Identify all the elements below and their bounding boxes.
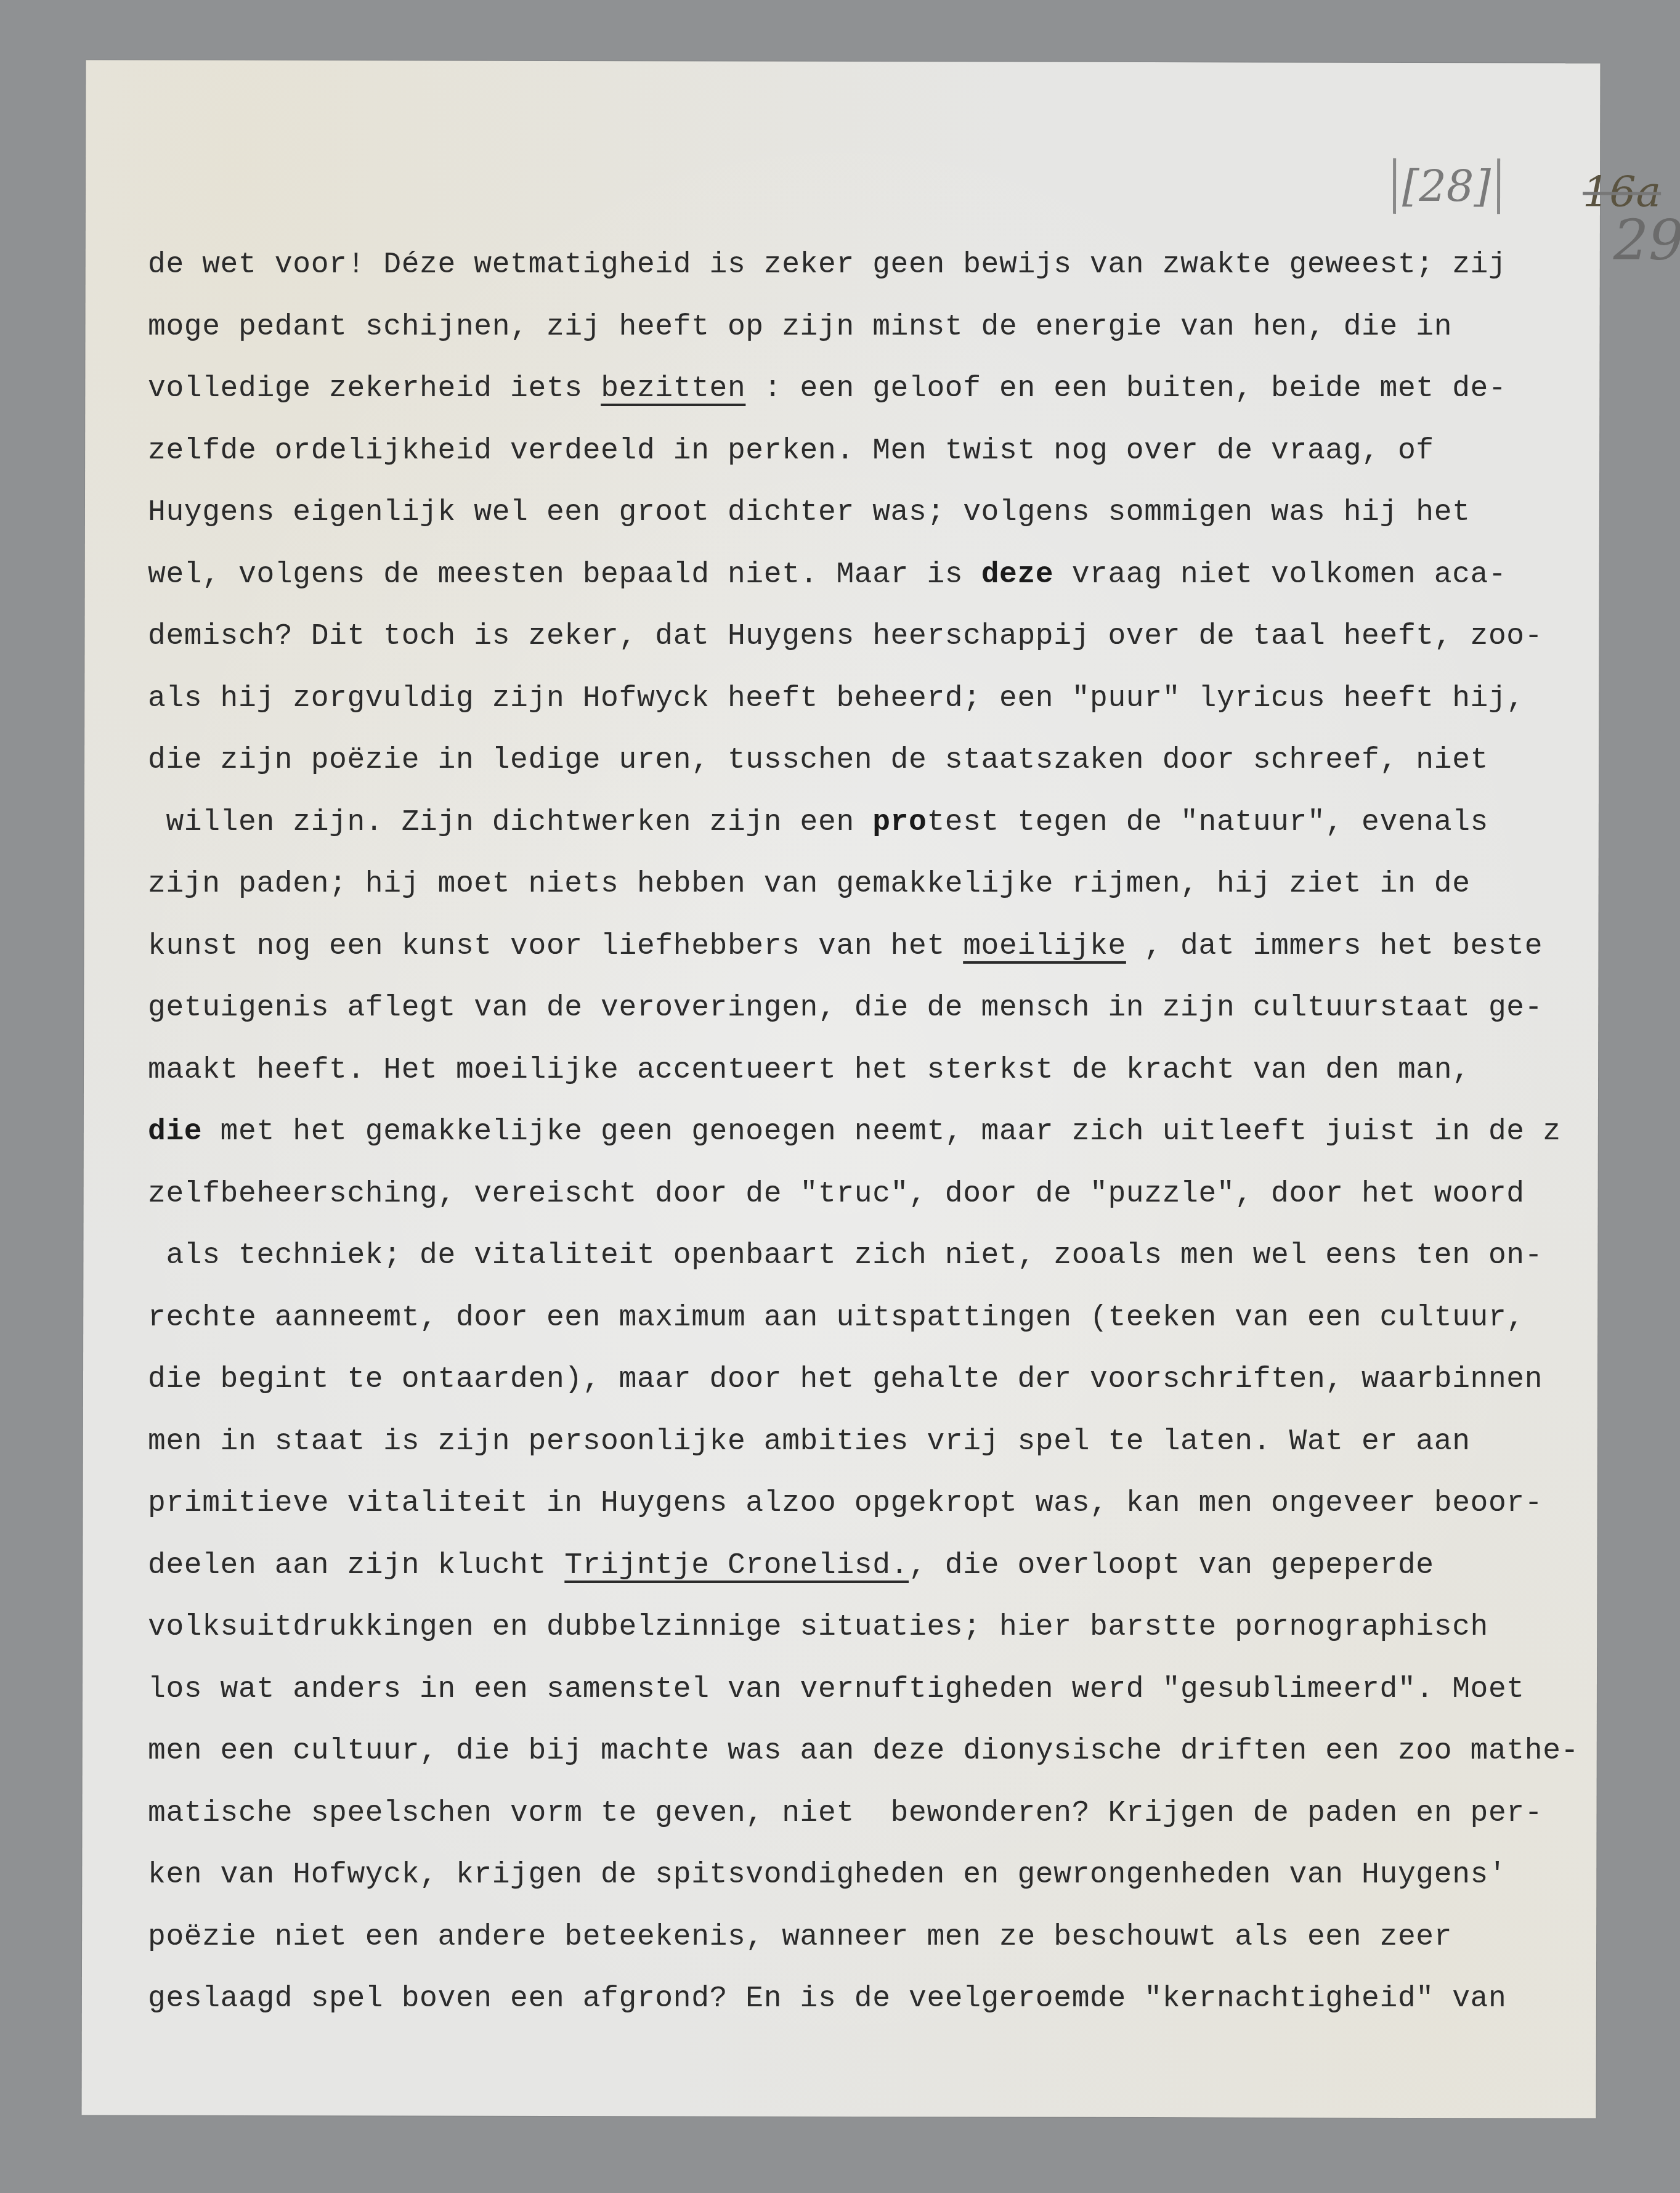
text-line: als hij zorgvuldig zijn Hofwyck heeft be… (148, 668, 1614, 730)
text-segment: willen zijn. Zijn dichtwerken zijn een (148, 806, 872, 839)
text-line: zelfbeheersching, vereischt door de "tru… (148, 1163, 1614, 1226)
overstruck-text: pro (872, 806, 927, 839)
text-line: los wat anders in een samenstel van vern… (148, 1659, 1614, 1721)
text-segment: deelen aan zijn klucht (148, 1549, 564, 1582)
text-line: Huygens eigenlijk wel een groot dichter … (148, 482, 1614, 544)
text-line: willen zijn. Zijn dichtwerken zijn een p… (148, 792, 1614, 854)
text-line: de wet voor! Déze wetmatigheid is zeker … (148, 234, 1614, 296)
text-segment: wel, volgens de meesten bepaald niet. Ma… (148, 558, 981, 592)
text-line: die zijn poëzie in ledige uren, tusschen… (148, 730, 1614, 792)
text-line: primitieve vitaliteit in Huygens alzoo o… (148, 1473, 1614, 1535)
text-line: moge pedant schijnen, zij heeft op zijn … (148, 296, 1614, 359)
text-segment: primitieve vitaliteit in Huygens alzoo o… (148, 1487, 1543, 1520)
text-segment: als hij zorgvuldig zijn Hofwyck heeft be… (148, 682, 1525, 715)
text-line: zelfde ordelijkheid verdeeld in perken. … (148, 420, 1614, 482)
text-segment: met het gemakkelijke geen genoegen neemt… (202, 1115, 1560, 1149)
text-line: matische speelschen vorm te geven, niet … (148, 1783, 1614, 1845)
text-segment: demisch? Dit toch is zeker, dat Huygens … (148, 620, 1543, 653)
text-line: zijn paden; hij moet niets hebben van ge… (148, 853, 1614, 916)
text-line: kunst nog een kunst voor liefhebbers van… (148, 916, 1614, 978)
underlined-text: Trijntje Cronelisd. (564, 1549, 909, 1582)
overstruck-text: deze (981, 558, 1054, 592)
text-segment: men een cultuur, die bij machte was aan … (148, 1735, 1579, 1768)
text-line: ken van Hofwyck, krijgen de spitsvondigh… (148, 1844, 1614, 1906)
text-line: men in staat is zijn persoonlijke ambiti… (148, 1411, 1614, 1473)
text-segment: zijn paden; hij moet niets hebben van ge… (148, 868, 1471, 901)
text-segment: getuigenis aflegt van de veroveringen, d… (148, 991, 1543, 1025)
text-segment: : een geloof en een buiten, beide met de… (745, 372, 1506, 405)
text-segment: volledige zekerheid iets (148, 372, 601, 405)
text-segment: kunst nog een kunst voor liefhebbers van… (148, 930, 963, 963)
text-segment: geslaagd spel boven een afgrond? En is d… (148, 1982, 1506, 2016)
text-segment: die zijn poëzie in ledige uren, tusschen… (148, 744, 1488, 777)
text-line: die begint te ontaarden), maar door het … (148, 1349, 1614, 1411)
text-line: demisch? Dit toch is zeker, dat Huygens … (148, 606, 1614, 668)
pencil-page-number: 29 (1613, 208, 1680, 273)
text-segment: matische speelschen vorm te geven, niet … (148, 1797, 1543, 1830)
text-segment: test tegen de "natuur", evenals (927, 806, 1488, 839)
text-segment: moge pedant schijnen, zij heeft op zijn … (148, 311, 1452, 344)
text-line: die met het gemakkelijke geen genoegen n… (148, 1101, 1614, 1163)
text-segment: de wet voor! Déze wetmatigheid is zeker … (148, 248, 1506, 282)
text-segment: ken van Hofwyck, krijgen de spitsvondigh… (148, 1858, 1506, 1892)
text-segment: men in staat is zijn persoonlijke ambiti… (148, 1425, 1471, 1459)
text-segment: die begint te ontaarden), maar door het … (148, 1363, 1543, 1396)
text-line: rechte aanneemt, door een maximum aan ui… (148, 1287, 1614, 1349)
text-segment: zelfde ordelijkheid verdeeld in perken. … (148, 434, 1434, 468)
text-segment: , dat immers het beste (1126, 930, 1543, 963)
text-line: geslaagd spel boven een afgrond? En is d… (148, 1968, 1614, 2030)
text-segment: als techniek; de vitaliteit openbaart zi… (148, 1239, 1543, 1272)
text-line: poëzie niet een andere beteekenis, wanne… (148, 1906, 1614, 1969)
text-segment: vraag niet volkomen aca- (1053, 558, 1506, 592)
text-segment: zelfbeheersching, vereischt door de "tru… (148, 1178, 1525, 1211)
text-line: deelen aan zijn klucht Trijntje Cronelis… (148, 1535, 1614, 1597)
text-line: wel, volgens de meesten bepaald niet. Ma… (148, 544, 1614, 606)
text-segment: maakt heeft. Het moeilijke accentueert h… (148, 1054, 1471, 1087)
text-line: getuigenis aflegt van de veroveringen, d… (148, 977, 1614, 1040)
text-segment: volksuitdrukkingen en dubbelzinnige situ… (148, 1611, 1488, 1644)
text-line: maakt heeft. Het moeilijke accentueert h… (148, 1040, 1614, 1102)
underlined-text: moeilijke (963, 930, 1126, 963)
bracketed-page-number: [28] (1393, 158, 1500, 214)
text-segment: Huygens eigenlijk wel een groot dichter … (148, 496, 1471, 529)
text-line: men een cultuur, die bij machte was aan … (148, 1720, 1614, 1783)
typewritten-text-body: de wet voor! Déze wetmatigheid is zeker … (148, 234, 1614, 2030)
text-segment: los wat anders in een samenstel van vern… (148, 1673, 1525, 1706)
text-segment: , die overloopt van gepeperde (909, 1549, 1434, 1582)
text-line: volledige zekerheid iets bezitten : een … (148, 358, 1614, 420)
text-line: als techniek; de vitaliteit openbaart zi… (148, 1225, 1614, 1287)
text-segment: poëzie niet een andere beteekenis, wanne… (148, 1921, 1452, 1954)
text-segment: rechte aanneemt, door een maximum aan ui… (148, 1301, 1525, 1335)
underlined-text: bezitten (601, 372, 745, 405)
text-line: volksuitdrukkingen en dubbelzinnige situ… (148, 1597, 1614, 1659)
overstruck-text: die (148, 1115, 202, 1149)
